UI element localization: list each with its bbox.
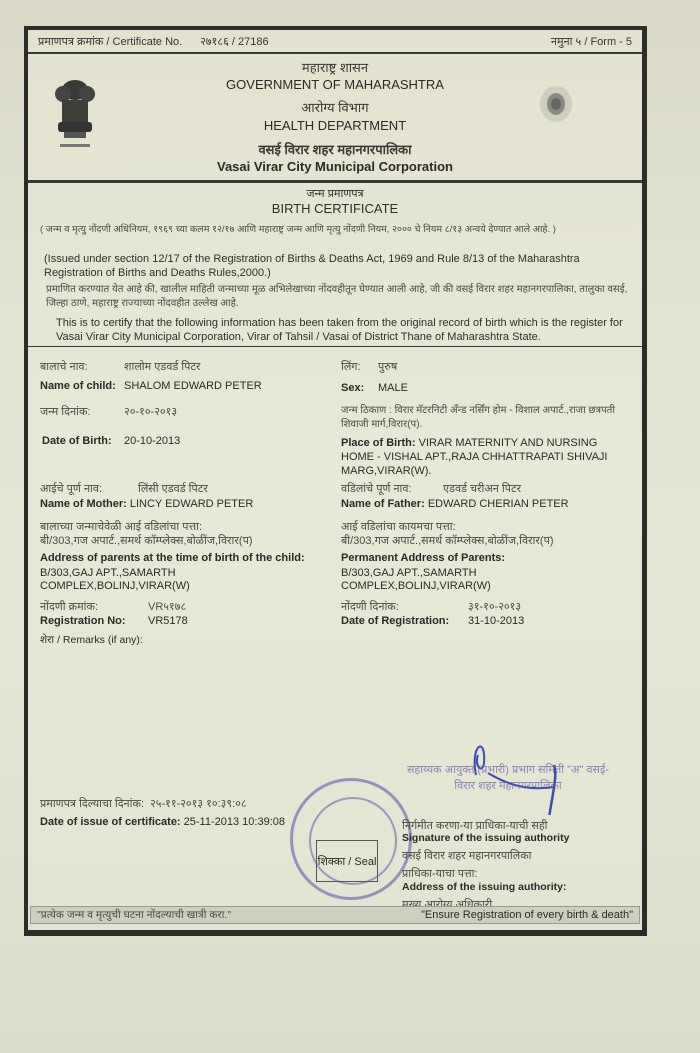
certificate-title: BIRTH CERTIFICATE: [40, 202, 630, 216]
birth-address-marathi: बी/303,गज अपार्ट.,समर्थ कॉम्प्लेक्स,बोळी…: [40, 533, 252, 548]
form-number: नमुना ५ / Form - 5: [551, 34, 632, 49]
sex: MALE: [378, 382, 408, 394]
registration-date-marathi-label: नोंदणी दिनांक:: [341, 599, 399, 614]
issued-under-marathi: ( जन्म व मृत्यु नोंदणी अधिनियम, १९६९ च्य…: [40, 223, 630, 237]
title-marathi: जन्म प्रमाणपत्र: [40, 187, 630, 201]
dob: 20-10-2013: [124, 435, 180, 447]
mother-name-value: LINCY EDWARD PETER: [130, 498, 253, 510]
divider: [28, 346, 642, 347]
seal-box: शिक्का / Seal: [316, 840, 378, 882]
registration-number-marathi-label: नोंदणी क्रमांक:: [40, 599, 98, 614]
issue-date-marathi-label: प्रमाणपत्र दिल्याचा दिनांक:: [40, 796, 144, 811]
certificate-number-label: प्रमाणपत्र क्रमांक / Certificate No.: [38, 34, 182, 49]
mother-name-label: Name of Mother:: [40, 498, 127, 510]
father-name-value: EDWARD CHERIAN PETER: [428, 498, 569, 510]
birth-address-marathi-label: बालाच्या जन्माचेवेळी आई वडिलांचा पत्ता:: [40, 519, 202, 534]
certify-text: This is to certify that the following in…: [40, 316, 630, 344]
place-of-birth-label: Place of Birth:: [341, 437, 416, 449]
child-name: SHALOM EDWARD PETER: [124, 380, 262, 392]
child-name-label: Name of child:: [40, 380, 116, 392]
registration-number: VR5178: [148, 615, 188, 627]
registration-date-marathi: ३१-१०-२०१३: [468, 599, 521, 614]
corporation-logo-icon: [538, 84, 574, 124]
certificate-header: महाराष्ट्र शासन GOVERNMENT OF MAHARASHTR…: [28, 52, 642, 183]
authority-address-label: Address of the issuing authority:: [402, 881, 567, 893]
dob-label: Date of Birth:: [42, 435, 112, 447]
child-name-marathi: शालोम एडवर्ड पिटर: [124, 359, 200, 374]
father-marathi-label: वडिलांचे पूर्ण नाव:: [341, 481, 412, 496]
dob-marathi-label: जन्म दिनांक:: [40, 404, 90, 419]
father-name: Name of Father: EDWARD CHERIAN PETER: [341, 498, 569, 510]
registration-number-label: Registration No:: [40, 615, 126, 627]
certificate-number: २७१८६ / 27186: [200, 34, 268, 49]
issue-date-marathi: २५-११-२०१३ १०:३९:०८: [150, 796, 247, 811]
government-title-marathi: महाराष्ट्र शासन: [28, 58, 642, 76]
birth-address-label: Address of parents at the time of birth …: [40, 552, 305, 564]
sex-label: Sex:: [341, 382, 364, 394]
registration-date: 31-10-2013: [468, 615, 524, 627]
father-marathi: एडवर्ड चरीअन पिटर: [443, 481, 521, 496]
signature-label: Signature of the issuing authority: [402, 832, 569, 844]
certify-marathi: प्रमाणित करण्यात येत आहे की, खालील माहित…: [40, 283, 630, 311]
corporation-title: Vasai Virar City Municipal Corporation: [28, 159, 642, 174]
footer-marathi: "प्रत्येक जन्म व मृत्युची घटना नोंदल्याच…: [37, 908, 231, 922]
permanent-address-marathi: बी/303,गज अपार्ट.,समर्थ कॉम्प्लेक्स,बोळी…: [341, 533, 553, 548]
authority-marathi: वसई विरार शहर महानगरपालिका: [402, 848, 532, 863]
permanent-address-marathi-label: आई वडिलांचा कायमचा पत्ता:: [341, 519, 456, 534]
certificate-number-row: प्रमाणपत्र क्रमांक / Certificate No. २७१…: [28, 30, 642, 54]
child-name-marathi-label: बालाचे नाव:: [40, 359, 88, 374]
signature-marathi-label: निर्गमीत करणा-या प्राधिका-याची सही: [402, 818, 548, 833]
birth-address: B/303,GAJ APT.,SAMARTH COMPLEX,BOLINJ,VI…: [40, 567, 190, 593]
registration-number-marathi: VR५१७८: [148, 599, 186, 614]
issue-date-value: 25-11-2013 10:39:08: [184, 816, 285, 828]
stamp-text: सहाय्यक आयुक्त (प्रभारी) प्रभाग समिती "अ…: [398, 762, 618, 794]
sex-marathi-label: लिंग:: [341, 359, 361, 374]
corporation-title-marathi: वसई विरार शहर महानगरपालिका: [28, 140, 642, 158]
place-of-birth: Place of Birth: VIRAR MATERNITY AND NURS…: [341, 436, 631, 478]
mother-marathi-label: आईचे पूर्ण नाव:: [40, 481, 102, 496]
mother-marathi: लिंसी एडवर्ड पिटर: [138, 481, 208, 496]
issue-date-label: Date of issue of certificate:: [40, 816, 181, 828]
sex-marathi: पुरुष: [378, 359, 397, 374]
dob-marathi: २०-१०-२०१३: [124, 404, 177, 419]
footer-english: "Ensure Registration of every birth & de…: [421, 909, 633, 921]
mother-name: Name of Mother: LINCY EDWARD PETER: [40, 498, 253, 510]
footer-bar: "प्रत्येक जन्म व मृत्युची घटना नोंदल्याच…: [30, 906, 640, 924]
registration-date-label: Date of Registration:: [341, 615, 449, 627]
birth-certificate: प्रमाणपत्र क्रमांक / Certificate No. २७१…: [24, 26, 647, 936]
permanent-address-label: Permanent Address of Parents:: [341, 552, 505, 564]
issued-under-text: (Issued under section 12/17 of the Regis…: [40, 252, 630, 280]
remarks-label: शेरा / Remarks (if any):: [40, 633, 143, 647]
father-name-label: Name of Father:: [341, 498, 425, 510]
authority-address-marathi-label: प्राधिका-याचा पत्ता:: [402, 866, 478, 881]
permanent-address: B/303,GAJ APT.,SAMARTH COMPLEX,BOLINJ,VI…: [341, 567, 491, 593]
place-of-birth-marathi: जन्म ठिकाण : विरार मॅटरनिटी अँन्ड नर्सिं…: [341, 404, 621, 432]
issue-date: Date of issue of certificate: 25-11-2013…: [40, 816, 285, 828]
